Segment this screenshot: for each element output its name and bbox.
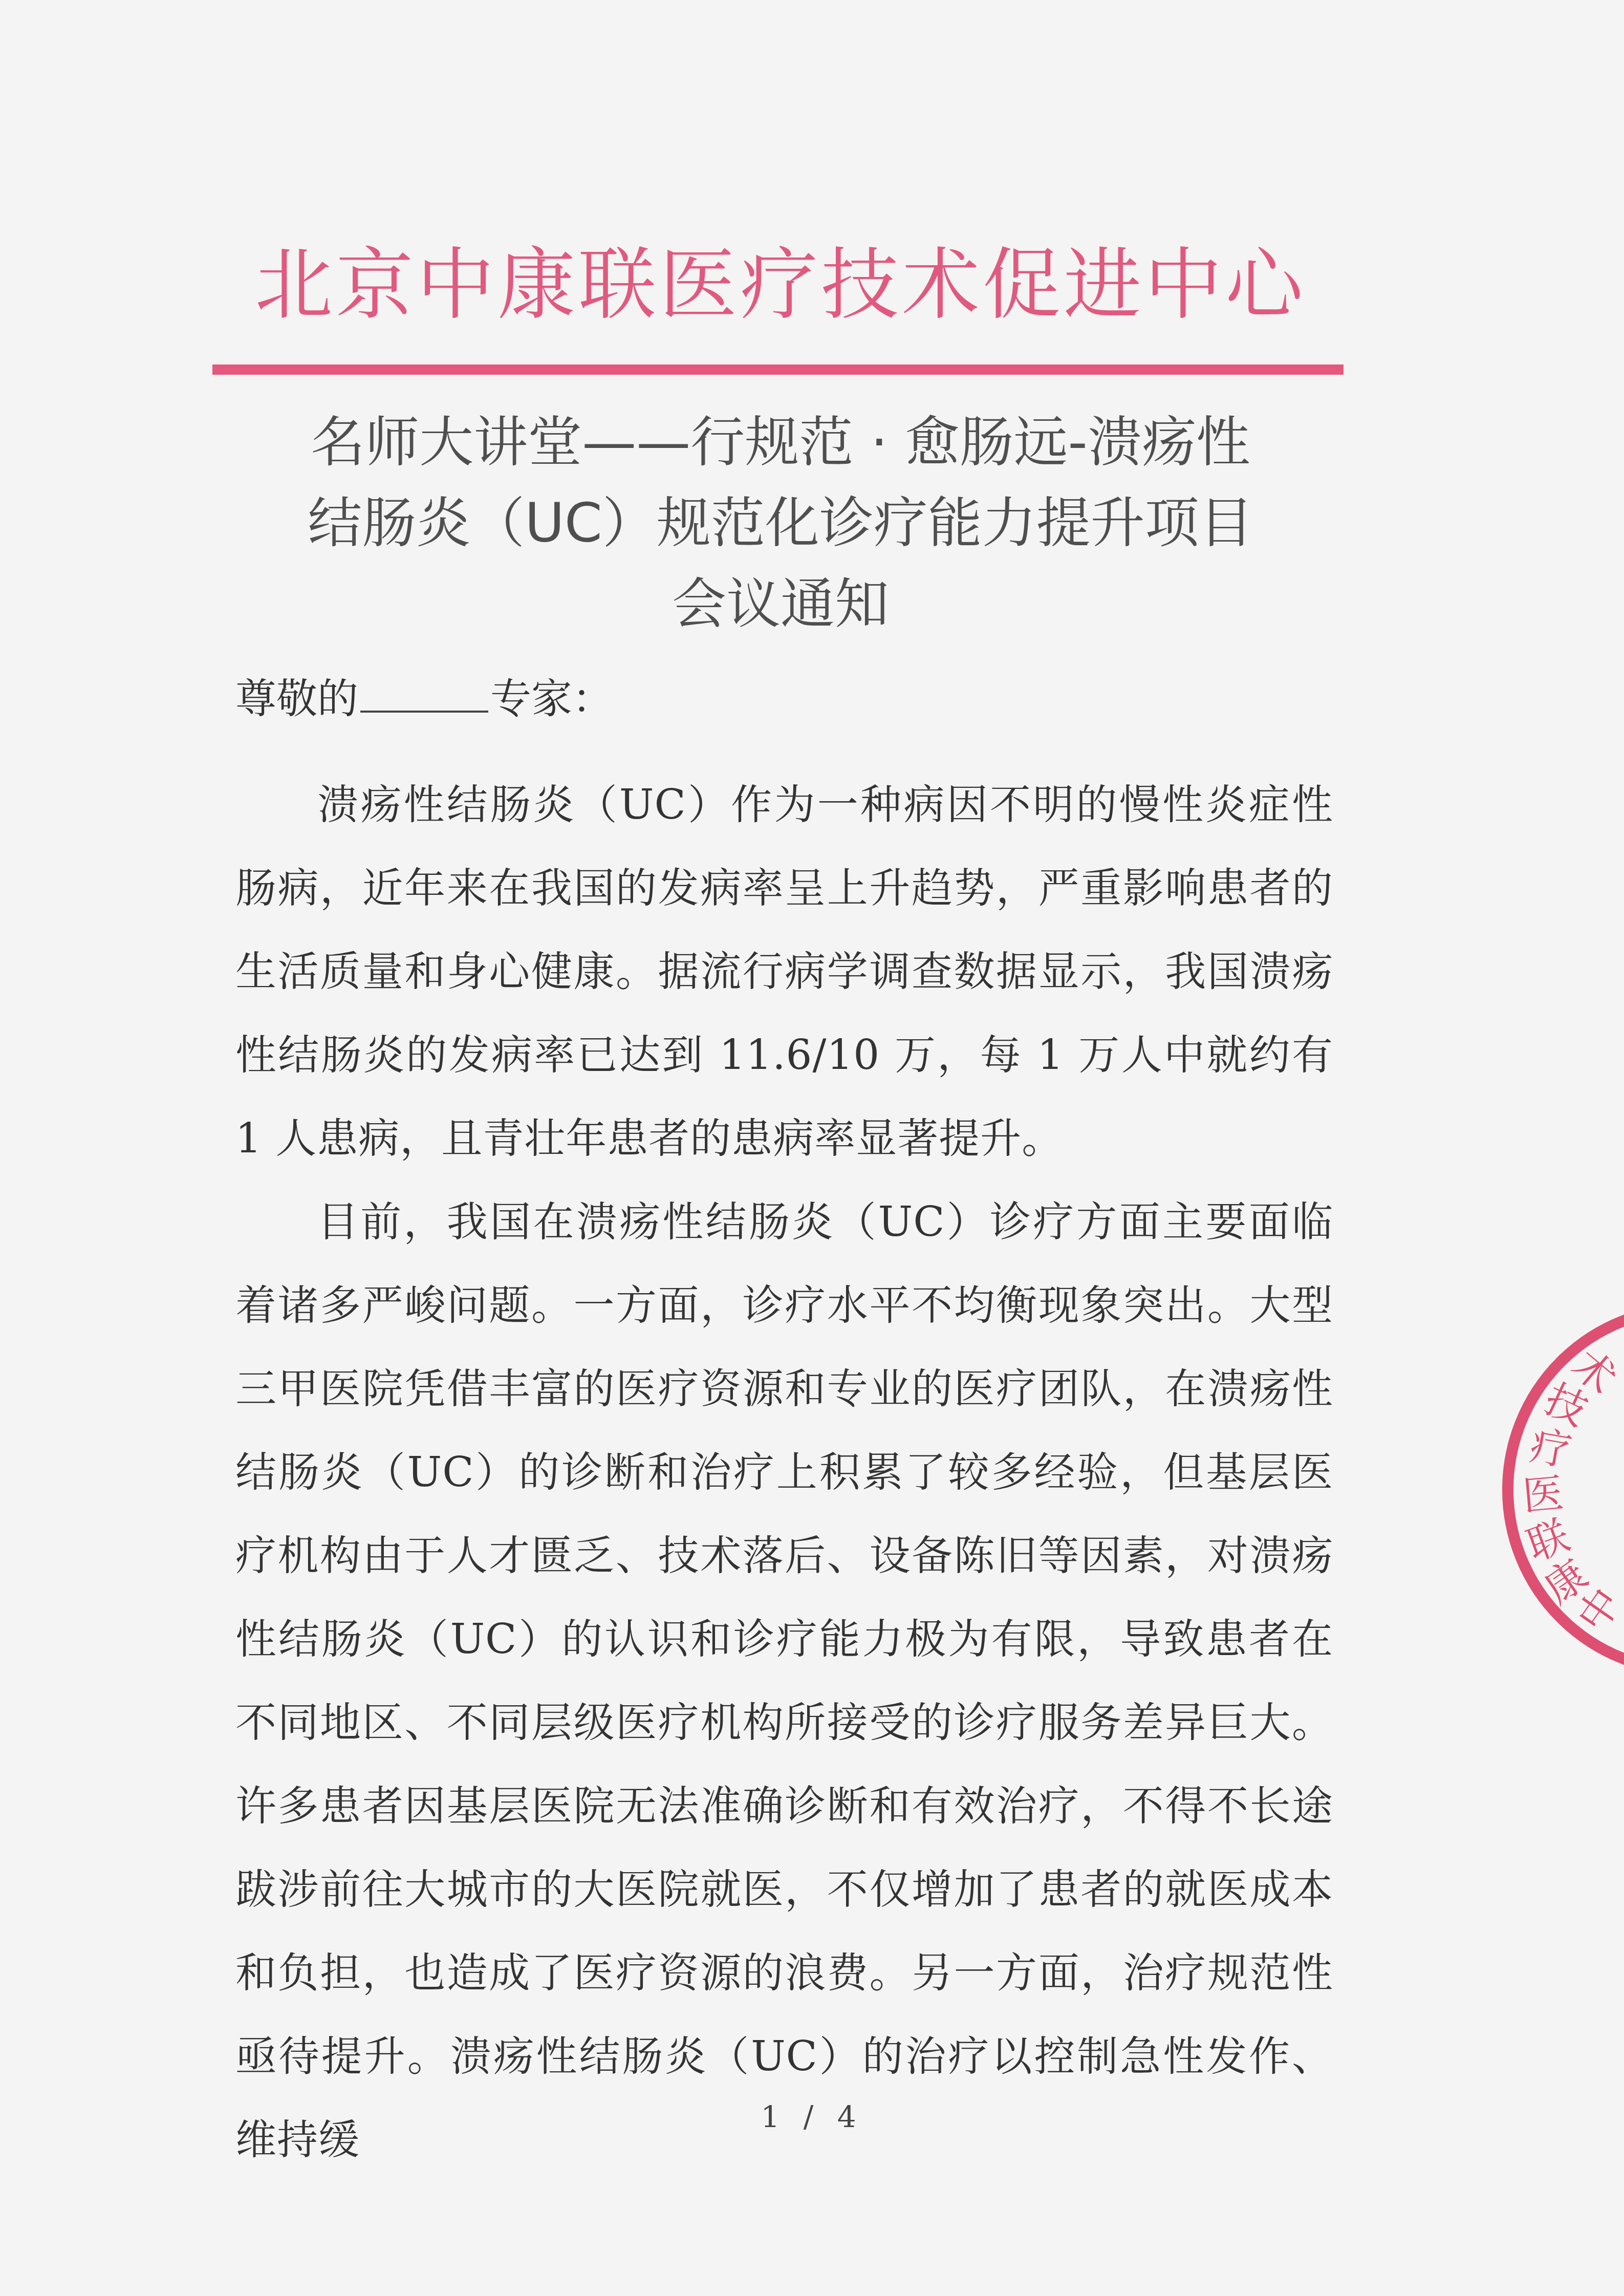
body-text: 溃疡性结肠炎（UC）作为一种病因不明的慢性炎症性肠病，近年来在我国的发病率呈上升… xyxy=(235,763,1333,2181)
salutation-prefix: 尊敬的 xyxy=(235,675,358,722)
body-paragraph-2: 目前，我国在溃疡性结肠炎（UC）诊疗方面主要面临着诸多严峻问题。一方面，诊疗水平… xyxy=(235,1180,1333,2181)
seal-char-4: 医 xyxy=(1521,1473,1566,1517)
salutation: 尊敬的专家： xyxy=(235,671,613,727)
body-paragraph-1: 溃疡性结肠炎（UC）作为一种病因不明的慢性炎症性肠病，近年来在我国的发病率呈上升… xyxy=(235,763,1333,1180)
recipient-name-blank xyxy=(360,680,488,713)
subtitle-line-3: 会议通知 xyxy=(215,564,1346,645)
subtitle-line-1: 名师大讲堂——行规范 · 愈肠远-溃疡性 xyxy=(215,402,1346,483)
salutation-suffix: 专家： xyxy=(490,675,613,722)
letterhead-red-rule xyxy=(212,364,1344,375)
page-number: 1 / 4 xyxy=(0,2096,1624,2137)
document-page: 北京中康联医疗技术促进中心 名师大讲堂——行规范 · 愈肠远-溃疡性 结肠炎（U… xyxy=(0,0,1624,2296)
subtitle-line-2: 结肠炎（UC）规范化诊疗能力提升项目 xyxy=(215,483,1346,564)
letterhead-organization-title: 北京中康联医疗技术促进中心 xyxy=(238,237,1323,334)
document-subtitle: 名师大讲堂——行规范 · 愈肠远-溃疡性 结肠炎（UC）规范化诊疗能力提升项目 … xyxy=(215,402,1346,645)
seal-char-3: 疗 xyxy=(1527,1425,1575,1473)
